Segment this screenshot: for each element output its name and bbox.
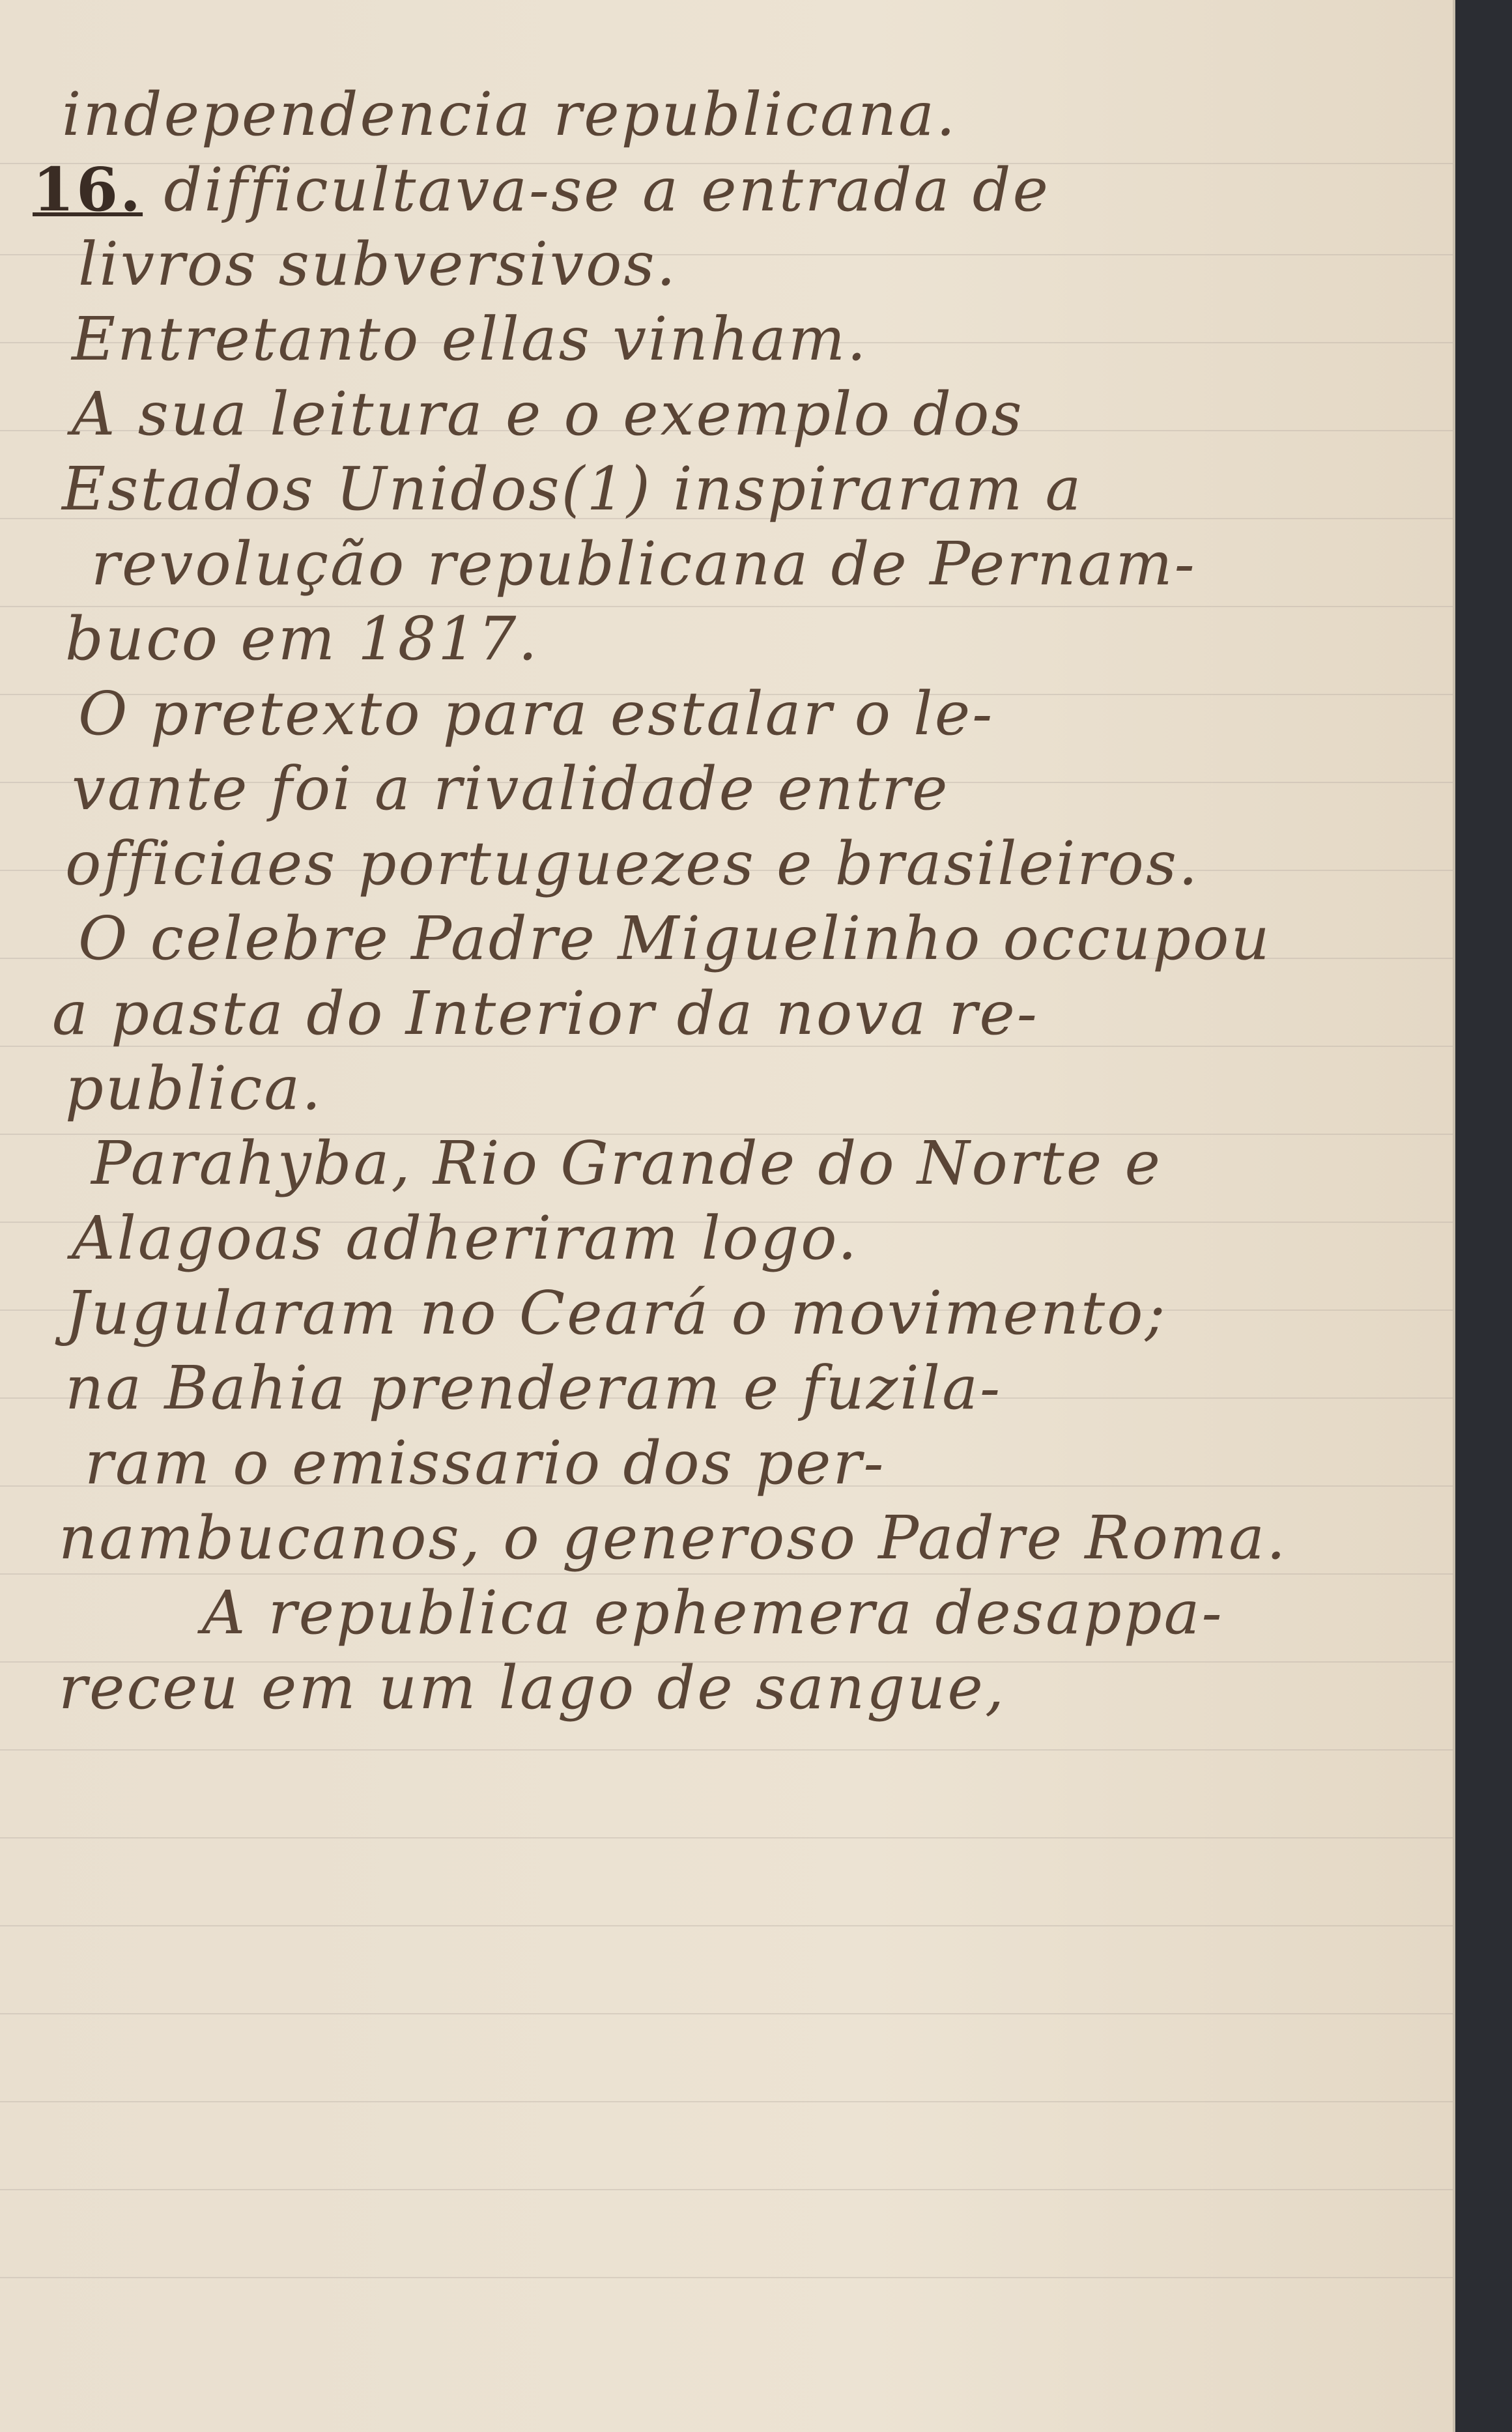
- text-line: O celebre Padre Miguelinho occupou: [78, 909, 1272, 969]
- text-line: buco em 1817.: [65, 609, 539, 669]
- text-line: independencia republicana.: [62, 85, 957, 145]
- text-line: Entretanto ellas vinham.: [72, 309, 868, 369]
- notebook-binding-edge: [1453, 0, 1512, 2432]
- text-line: receu em um lago de sangue,: [59, 1658, 1006, 1718]
- ruled-line: [0, 1837, 1453, 1838]
- text-line: na Bahia prenderam e fuzila-: [65, 1358, 1002, 1418]
- text-line: Parahyba, Rio Grande do Norte e: [91, 1134, 1162, 1194]
- text-line: officiaes portuguezes e brasileiros.: [65, 834, 1199, 894]
- text-line: ram o emissario dos per-: [85, 1433, 886, 1493]
- text-line-content: difficultava-se a entrada de: [164, 155, 1050, 225]
- text-line: O pretexto para estalar o le-: [78, 684, 994, 744]
- text-line: Estados Unidos(1) inspiraram a: [62, 459, 1083, 519]
- text-line: nambucanos, o generoso Padre Roma.: [59, 1508, 1287, 1568]
- text-line: 16. difficultava-se a entrada de: [33, 160, 1050, 220]
- ruled-line: [0, 1925, 1453, 1926]
- notebook-page: independencia republicana. 16. difficult…: [0, 0, 1453, 2432]
- ruled-line: [0, 1749, 1453, 1751]
- ruled-line: [0, 2013, 1453, 2014]
- text-line: A sua leitura e o exemplo dos: [72, 384, 1024, 444]
- text-line: livros subversivos.: [78, 235, 678, 294]
- ruled-line: [0, 2189, 1453, 2190]
- text-line: publica.: [65, 1059, 323, 1119]
- ruled-line: [0, 2277, 1453, 2278]
- ruled-line: [0, 1573, 1453, 1575]
- text-line: vante foi a rivalidade entre: [72, 759, 949, 819]
- ruled-line: [0, 2101, 1453, 2102]
- text-line: A republica ephemera desappa-: [202, 1583, 1224, 1643]
- text-line: revolução republicana de Pernam-: [91, 534, 1197, 594]
- text-line: Alagoas adheriram logo.: [72, 1209, 859, 1268]
- section-number: 16.: [33, 154, 143, 225]
- text-line: a pasta do Interior da nova re-: [52, 984, 1039, 1044]
- text-line: Jugularam no Ceará o movimento;: [65, 1283, 1167, 1343]
